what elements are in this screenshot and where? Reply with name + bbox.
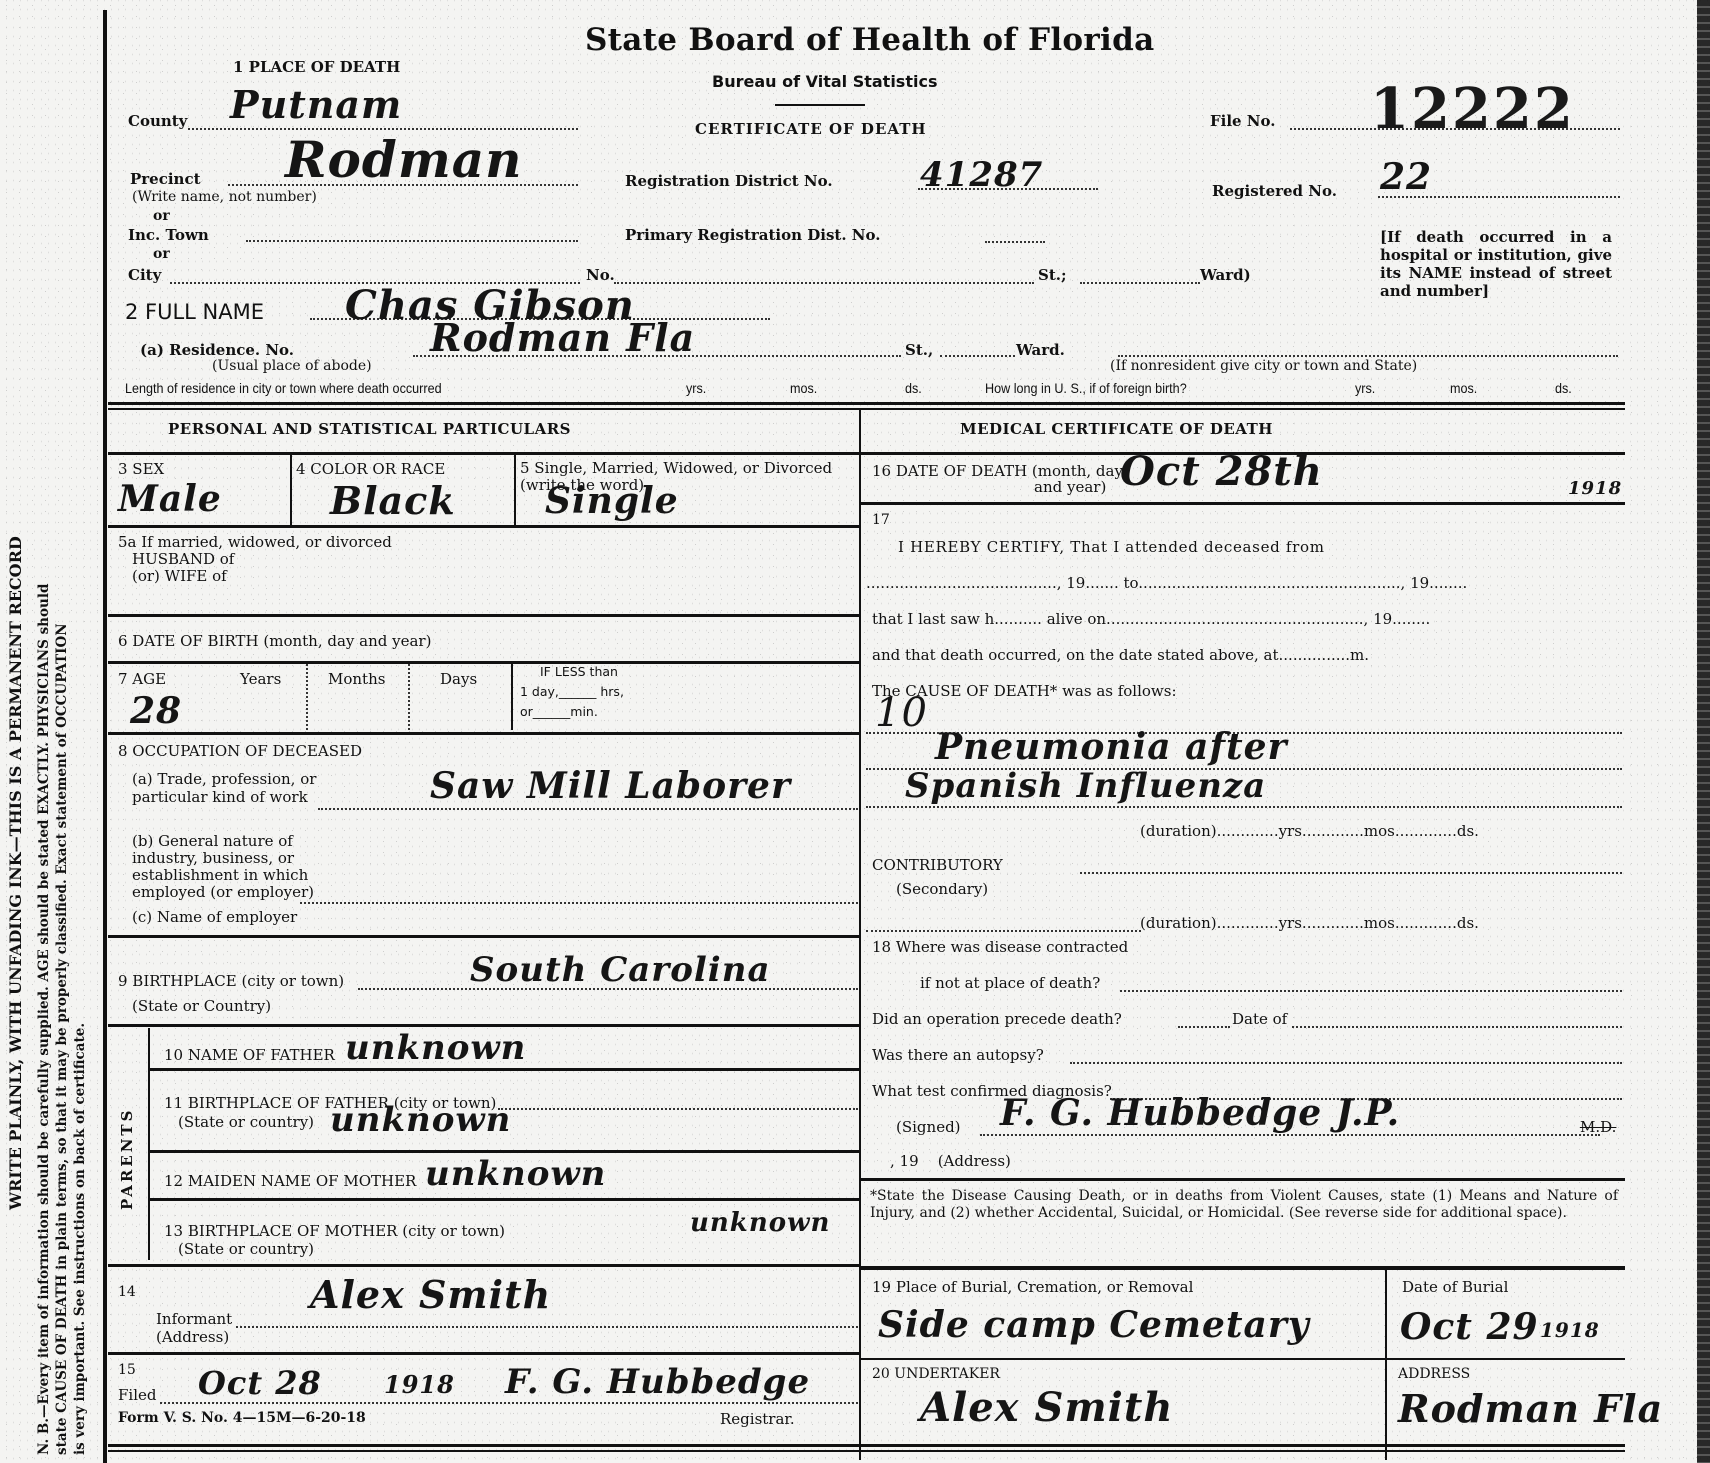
rule — [861, 1266, 1625, 1270]
file-number-stamp: 12222 — [1370, 76, 1575, 142]
rule — [306, 664, 308, 730]
cause-footnote: *State the Disease Causing Death, or in … — [870, 1188, 1618, 1222]
autopsy-label: Was there an autopsy? — [872, 1046, 1044, 1064]
length-yrs: yrs. — [686, 380, 706, 396]
dod-field[interactable]: Oct 28th — [1120, 448, 1323, 495]
burial-date-field[interactable]: Oct 29 — [1400, 1306, 1539, 1348]
burial-place-label: 19 Place of Burial, Cremation, or Remova… — [872, 1278, 1193, 1296]
place-of-death-heading: 1 PLACE OF DEATH — [233, 58, 400, 76]
file-no-label: File No. — [1210, 112, 1276, 130]
registered-no-field[interactable]: 22 — [1380, 156, 1432, 198]
length-mos: mos. — [790, 380, 817, 396]
duration-line-2: (duration).............yrs.............m… — [1140, 914, 1479, 932]
informant-field[interactable]: Alex Smith — [310, 1272, 551, 1317]
rule — [108, 614, 859, 617]
sex-field[interactable]: Male — [118, 478, 222, 520]
bureau-subtitle: Bureau of Vital Statistics — [712, 72, 937, 91]
rule — [861, 1358, 1625, 1360]
race-field[interactable]: Black — [330, 478, 456, 523]
rule — [108, 525, 859, 528]
medical-heading: MEDICAL CERTIFICATE OF DEATH — [960, 420, 1273, 438]
rule — [108, 1024, 859, 1027]
city-st-line — [1080, 282, 1200, 284]
bottom-rule — [108, 1444, 1625, 1447]
operation-label: Did an operation precede death? — [872, 1010, 1122, 1028]
rule — [408, 664, 410, 730]
inc-town-line — [246, 240, 578, 242]
signed-address: , 19 (Address) — [890, 1152, 1011, 1170]
operation-date-label: Date of — [1232, 1010, 1287, 1028]
center-divider — [859, 408, 861, 1460]
precinct-hint: (Write name, not number) — [132, 189, 317, 205]
occupation-a-line — [318, 808, 858, 810]
cause-secondary-field[interactable]: Spanish Influenza — [905, 766, 1266, 806]
length-residence-label: Length of residence in city or town wher… — [125, 380, 442, 396]
cause-primary-field[interactable]: Pneumonia after — [935, 726, 1287, 768]
informant-line — [236, 1326, 858, 1328]
burial-year-field[interactable]: 1918 — [1540, 1318, 1600, 1342]
rule — [108, 732, 859, 735]
foreign-birth-label: How long in U. S., if of foreign birth? — [985, 380, 1187, 396]
rule — [861, 502, 1625, 505]
contracted-label: 18 Where was disease contracted — [872, 938, 1128, 956]
margin-note-2: state CAUSE OF DEATH in plain terms, so … — [54, 623, 70, 1455]
personal-heading: PERSONAL AND STATISTICAL PARTICULARS — [168, 420, 571, 438]
informant-label: Informant — [156, 1310, 232, 1328]
occupation-a-label: (a) Trade, profession, or particular kin… — [132, 770, 352, 806]
mother-birth-field[interactable]: unknown — [690, 1208, 830, 1238]
registrar-signature[interactable]: F. G. Hubbedge — [505, 1362, 810, 1402]
hospital-note: [If death occurred in a hospital or inst… — [1380, 228, 1612, 300]
precinct-field[interactable]: Rodman — [285, 130, 523, 189]
informant-address-label: (Address) — [156, 1328, 229, 1346]
birthplace-field[interactable]: South Carolina — [470, 950, 770, 990]
burial-place-field[interactable]: Side camp Cemetary — [878, 1304, 1310, 1346]
primary-reg-label: Primary Registration Dist. No. — [625, 226, 880, 244]
undertaker-address-label: ADDRESS — [1398, 1366, 1470, 1382]
rule — [108, 452, 859, 455]
rule — [148, 1028, 150, 1260]
cause-code: 10 — [875, 690, 928, 736]
occupation-b-line — [300, 902, 858, 904]
abode-hint: (Usual place of abode) — [212, 358, 372, 374]
father-name-label: 10 NAME OF FATHER — [164, 1046, 335, 1064]
city-st-label: St.; — [1038, 266, 1067, 284]
cause-line-3 — [866, 806, 1622, 808]
margin-instructions: WRITE PLAINLY, WITH UNFADING INK—THIS IS… — [0, 0, 100, 1463]
form-title: State Board of Health of Florida — [585, 22, 1154, 58]
nonresident-hint: (If nonresident give city or town and St… — [1110, 358, 1417, 374]
city-ward-label: Ward) — [1200, 266, 1251, 284]
residence-label: (a) Residence. No. — [140, 341, 294, 359]
occupation-heading: 8 OCCUPATION OF DECEASED — [118, 742, 362, 760]
father-birth-field[interactable]: unknown — [330, 1100, 511, 1140]
rule — [108, 935, 859, 938]
reg-district-label: Registration District No. — [625, 172, 833, 190]
employer-label: (c) Name of employer — [132, 908, 297, 926]
less-than-label: IF LESS than — [540, 664, 618, 679]
marital-field[interactable]: Single — [545, 480, 679, 522]
precinct-label: Precinct — [130, 170, 201, 188]
filed-label: Filed — [118, 1386, 156, 1404]
or-text-2: or — [153, 246, 170, 262]
spouse-label-1: 5a If married, widowed, or divorced — [118, 533, 392, 551]
city-label: City — [128, 266, 161, 284]
mother-name-field[interactable]: unknown — [425, 1154, 606, 1194]
burial-date-label: Date of Burial — [1402, 1278, 1508, 1296]
signed-label: (Signed) — [896, 1118, 961, 1136]
rule — [108, 1264, 859, 1267]
rule — [1385, 1270, 1387, 1460]
birthplace-label: 9 BIRTHPLACE (city or town) — [118, 972, 344, 990]
left-border-rule — [103, 10, 107, 1463]
birthplace-hint: (State or Country) — [132, 997, 271, 1015]
margin-note-3: is very important. See instructions on b… — [72, 1023, 88, 1455]
rule — [861, 1178, 1625, 1181]
dob-label: 6 DATE OF BIRTH (month, day and year) — [118, 632, 431, 650]
death-time-text: and that death occurred, on the date sta… — [872, 646, 1369, 664]
rule — [511, 664, 513, 730]
rule — [150, 1198, 859, 1201]
secondary-label: (Secondary) — [896, 880, 988, 898]
inc-town-label: Inc. Town — [128, 226, 209, 244]
filed-line — [160, 1402, 858, 1404]
duration-line: (duration).............yrs.............m… — [1140, 822, 1479, 840]
county-label: County — [128, 112, 187, 130]
autopsy-line — [1070, 1062, 1622, 1064]
less-hours: 1 day,______ hrs, — [520, 684, 624, 699]
registrar-label: Registrar. — [720, 1410, 795, 1428]
mother-birth-label: 13 BIRTHPLACE OF MOTHER (city or town) — [164, 1222, 505, 1240]
filed-year-field[interactable]: 1918 — [384, 1370, 455, 1399]
md-label: M.D. — [1580, 1118, 1616, 1136]
certificate-title: CERTIFICATE OF DEATH — [695, 120, 927, 138]
county-field[interactable]: Putnam — [230, 82, 402, 127]
operation-date-line — [1292, 1026, 1622, 1028]
last-saw-text: that I last saw h.......... alive on....… — [872, 610, 1430, 628]
residence-field[interactable]: Rodman Fla — [430, 315, 695, 360]
less-minutes: or______min. — [520, 704, 598, 719]
attended-dates: ........................................… — [866, 574, 1467, 592]
rule — [514, 455, 516, 525]
form-number: Form V. S. No. 4—15M—6-20-18 — [118, 1410, 366, 1426]
undertaker-address-field[interactable]: Rodman Fla — [1398, 1386, 1663, 1431]
certify-text: I HEREBY CERTIFY, That I attended deceas… — [898, 538, 1325, 556]
age-label: 7 AGE — [118, 670, 166, 688]
foreign-ds: ds. — [1555, 380, 1572, 396]
section-rule-double — [108, 408, 1625, 410]
rule — [108, 1352, 859, 1355]
primary-reg-line — [985, 241, 1045, 243]
father-birth-line — [498, 1108, 858, 1110]
margin-note-1: N. B.—Every item of information should b… — [36, 584, 52, 1455]
full-name-label: 2 FULL NAME — [125, 300, 264, 324]
residence-ward-label: Ward. — [1016, 341, 1065, 359]
father-birth-hint: (State or country) — [178, 1113, 314, 1131]
city-no-line — [614, 282, 1034, 284]
nonresident-line — [1118, 355, 1618, 357]
informant-number: 14 — [118, 1284, 136, 1300]
residence-st-label: St., — [905, 341, 933, 359]
operation-line — [1178, 1026, 1230, 1028]
rule — [290, 455, 292, 525]
bottom-rule-double — [108, 1450, 1625, 1452]
reg-district-field[interactable]: 41287 — [920, 155, 1043, 195]
scan-edge — [1697, 0, 1710, 1463]
undertaker-field[interactable]: Alex Smith — [920, 1384, 1173, 1431]
father-name-field[interactable]: unknown — [345, 1028, 526, 1068]
mother-birth-hint: (State or country) — [178, 1240, 314, 1258]
race-label: 4 COLOR OR RACE — [296, 460, 445, 478]
contracted-line — [1120, 990, 1622, 992]
sex-label: 3 SEX — [118, 460, 164, 478]
age-months-label: Months — [328, 670, 385, 688]
rule — [108, 661, 859, 664]
duration2-lead-line — [866, 930, 1141, 932]
contracted-label-2: if not at place of death? — [920, 974, 1100, 992]
occupation-b-label: (b) General nature of industry, business… — [132, 833, 332, 901]
age-days-label: Days — [440, 670, 477, 688]
length-ds: ds. — [905, 380, 922, 396]
parents-label: PARENTS — [118, 1108, 136, 1210]
spouse-label-2: HUSBAND of — [132, 550, 234, 568]
signed-line — [980, 1134, 1600, 1136]
occupation-a-field[interactable]: Saw Mill Laborer — [430, 765, 791, 807]
physician-signature[interactable]: F. G. Hubbedge J.P. — [1000, 1092, 1400, 1134]
mother-name-label: 12 MAIDEN NAME OF MOTHER — [164, 1172, 416, 1190]
age-field[interactable]: 28 — [130, 690, 182, 732]
rule — [150, 1150, 859, 1153]
foreign-mos: mos. — [1450, 380, 1477, 396]
margin-permanent-record: WRITE PLAINLY, WITH UNFADING INK—THIS IS… — [6, 210, 25, 1210]
contributory-label: CONTRIBUTORY — [872, 856, 1003, 874]
dod-label-2: and year) — [1034, 478, 1106, 496]
filed-date-field[interactable]: Oct 28 — [198, 1364, 322, 1402]
age-years-label: Years — [240, 670, 281, 688]
spouse-label-3: (or) WIFE of — [132, 567, 227, 585]
title-divider — [775, 104, 865, 106]
rule — [150, 1068, 859, 1071]
dod-year-field[interactable]: 1918 — [1568, 478, 1622, 499]
item-17-number: 17 — [872, 512, 890, 528]
filed-number: 15 — [118, 1362, 136, 1378]
residence-st-line — [940, 355, 1015, 357]
foreign-yrs: yrs. — [1355, 380, 1375, 396]
contributory-line — [1080, 872, 1622, 874]
section-rule — [108, 402, 1625, 405]
registered-no-label: Registered No. — [1212, 182, 1337, 200]
undertaker-label: 20 UNDERTAKER — [872, 1366, 1000, 1382]
or-text-1: or — [153, 208, 170, 224]
